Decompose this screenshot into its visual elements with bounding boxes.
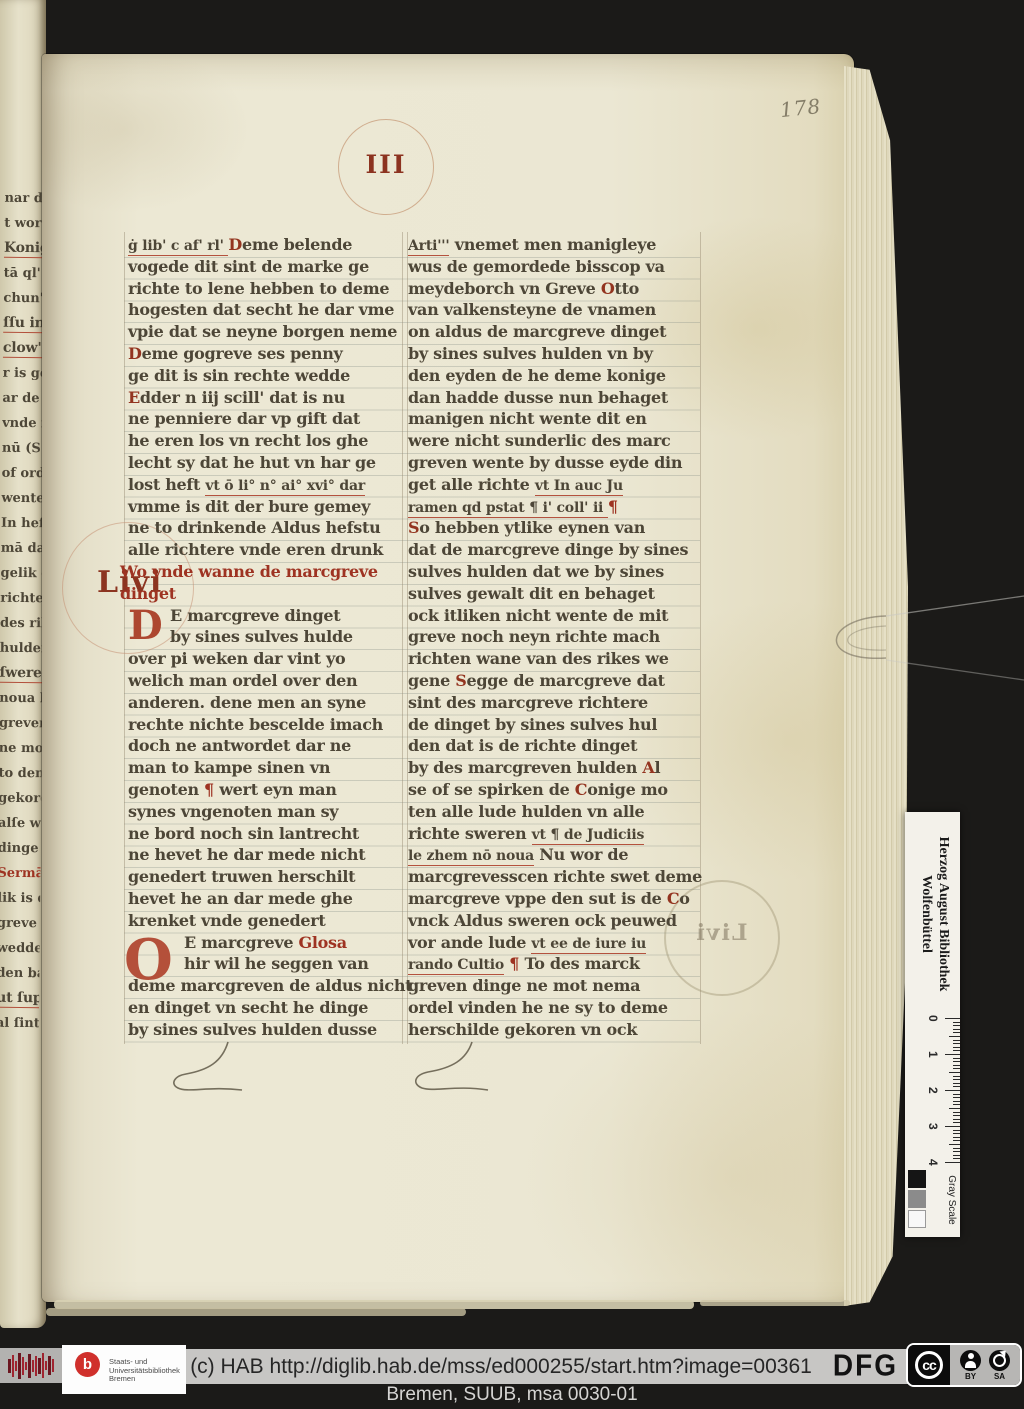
ruler-tick xyxy=(953,1047,960,1048)
manuscript-line: ar de kon xyxy=(2,386,45,411)
manuscript-line: man to kampe sinen vn xyxy=(128,757,402,779)
bremen-logo-line3: Bremen xyxy=(109,1375,180,1384)
manuscript-line: greven wente by dusse eyde din xyxy=(408,452,700,474)
cc-by-item: BY xyxy=(960,1350,981,1381)
ruler-tick xyxy=(953,1076,960,1077)
logo-bar xyxy=(38,1358,41,1374)
ruler-tick xyxy=(953,1137,960,1138)
gray-scale-swatch xyxy=(908,1210,926,1228)
ruler-tick xyxy=(945,1090,960,1091)
ruler-tick xyxy=(953,1155,960,1156)
manuscript-line: over pi weken dar vint yo xyxy=(128,648,402,670)
gray-scale-block: Gray Scale xyxy=(905,1164,960,1236)
cm-ruler: 01234 xyxy=(905,1018,960,1168)
cc-sa-label: SA xyxy=(994,1372,1005,1381)
manuscript-line: ramen qd pstat ¶ i' coll' ii ¶ xyxy=(408,496,700,518)
manuscript-line: hir wil he seggen van xyxy=(128,953,402,975)
manuscript-line: tā ql' h ſ xyxy=(4,261,47,286)
manuscript-line: meydeborch vn Greve Otto xyxy=(408,278,700,300)
book-fore-edge-pages xyxy=(844,66,908,1306)
manuscript-line: vnde ib ſ xyxy=(2,411,45,436)
manuscript-line: wente ſe ich xyxy=(1,486,44,511)
manuscript-line: vnck Aldus sweren ock peuwed xyxy=(408,910,700,932)
manuscript-line: Sermā xyxy=(0,861,41,886)
logo-bar xyxy=(8,1359,11,1373)
manuscript-line: ſſu in F' xyxy=(3,311,46,336)
cc-icon: cc xyxy=(915,1351,943,1379)
manuscript-line: dat de marcgreve dinge by sines xyxy=(408,539,700,561)
under-page-edge xyxy=(46,1308,466,1316)
gray-scale-label: Gray Scale xyxy=(946,1164,960,1236)
manuscript-line: Deme gogreve ses penny xyxy=(128,343,402,365)
manuscript-line: In heſtag xyxy=(1,511,44,536)
bremen-logo-b-icon: b xyxy=(75,1352,100,1377)
ruler-tick xyxy=(953,1065,960,1066)
manuscript-line: dan hadde dusse nun behaget xyxy=(408,387,700,409)
manuscript-line: dinge ma xyxy=(0,836,41,861)
ruler-tick xyxy=(953,1148,960,1149)
manuscript-line: anderen. dene men an syne xyxy=(128,692,402,714)
manuscript-line: were nicht sunderlic des marc xyxy=(408,430,700,452)
manuscript-line: van valkensteyne de vnamen xyxy=(408,299,700,321)
ruler-tick xyxy=(953,1058,960,1059)
quire-mark: III xyxy=(339,150,433,179)
manuscript-line: gekoren v xyxy=(0,786,41,811)
logo-bar xyxy=(18,1353,21,1379)
manuscript-line: alſe we de xyxy=(0,811,41,836)
ruler-tick xyxy=(953,1040,960,1041)
folio-number: 178 xyxy=(779,94,822,122)
ruler-tick xyxy=(945,1162,960,1163)
manuscript-line: vpie dat se neyne borgen neme xyxy=(128,321,402,343)
ruler-tick xyxy=(953,1068,960,1069)
manuscript-line: get alle richte vt In auc Ju xyxy=(408,474,700,496)
previous-page-text-fragments: nar de ſokt wortdeKoniges detā ql' h ſch… xyxy=(0,186,48,1070)
column-guide-line xyxy=(402,232,403,1044)
ruler-number: 0 xyxy=(926,1015,940,1022)
manuscript-line: ordel vinden he ne sy to deme xyxy=(408,997,700,1019)
ruler-tick xyxy=(953,1158,960,1159)
manuscript-line: gelik deme xyxy=(0,561,43,586)
ruler-tick xyxy=(953,1029,960,1030)
library-name-line2: Wolfenbüttel xyxy=(918,812,935,1016)
library-name: Herzog August Bibliothek Wolfenbüttel xyxy=(897,812,960,1016)
ruler-tick xyxy=(949,1108,960,1109)
bremen-logo-bars-icon xyxy=(0,1348,62,1383)
manuscript-line: marcgrevesscen richte swet deme xyxy=(408,866,700,888)
manuscript-line: doch ne antwordet dar ne xyxy=(128,735,402,757)
logo-bar xyxy=(42,1353,44,1378)
logo-bar xyxy=(25,1362,27,1370)
manuscript-line: richte sweren vt ¶ de Judiciis xyxy=(408,823,700,845)
ruler-tick xyxy=(953,1151,960,1152)
dfg-logo: DFG xyxy=(833,1349,898,1384)
text-column-left: ġ lib' c af' rl' Deme belendevogede dit … xyxy=(128,234,402,1040)
ruler-tick xyxy=(953,1130,960,1131)
bremen-logo-text: Staats- und Universitätsbibliothek Breme… xyxy=(109,1358,180,1384)
previous-page-edge: nar de ſokt wortdeKoniges detā ql' h ſch… xyxy=(0,0,46,1328)
digitized-manuscript-photo: nar de ſokt wortdeKoniges detā ql' h ſch… xyxy=(0,0,1024,1409)
library-name-line1: Herzog August Bibliothek xyxy=(935,812,952,1016)
manuscript-line: alle richtere vnde eren drunk xyxy=(128,539,402,561)
manuscript-line: r is geſten xyxy=(3,361,46,386)
logo-bar xyxy=(12,1355,14,1377)
ruler-tick xyxy=(953,1032,960,1033)
manuscript-line: vogede dit sint de marke ge xyxy=(128,256,402,278)
ruler-tick xyxy=(949,1072,960,1073)
manuscript-line: sulves gewalt dit en behaget xyxy=(408,583,700,605)
manuscript-line: richte to lene hebben to deme xyxy=(128,278,402,300)
gray-scale-swatch xyxy=(908,1170,926,1188)
manuscript-line: sint des marcgreve richtere xyxy=(408,692,700,714)
manuscript-line: deme marcgreven de aldus nicht xyxy=(128,975,402,997)
manuscript-line: den dat is de richte dinget xyxy=(408,735,700,757)
manuscript-line: ne to drinkende Aldus hefstu xyxy=(128,517,402,539)
manuscript-line: sulves hulden dat we by sines xyxy=(408,561,700,583)
manuscript-line: den eyden de he deme konige xyxy=(408,365,700,387)
ruler-tick xyxy=(953,1043,960,1044)
ruler-tick xyxy=(953,1050,960,1051)
ruler-tick xyxy=(953,1104,960,1105)
manuscript-line: welich man ordel over den xyxy=(128,670,402,692)
ruler-tick xyxy=(953,1094,960,1095)
manuscript-line: by sines sulves hulden vn by xyxy=(408,343,700,365)
manuscript-line: rando Cultio ¶ To des marck xyxy=(408,953,700,975)
logo-bar xyxy=(48,1356,51,1375)
manuscript-line: DE marcgreve dinget xyxy=(128,605,402,627)
manuscript-line: of ordele m xyxy=(1,461,44,486)
ruler-tick xyxy=(953,1112,960,1113)
logo-bar xyxy=(22,1357,24,1375)
ruler-tick xyxy=(953,1025,960,1026)
manuscript-line: Arti''' vnemet men manigleye xyxy=(408,234,700,256)
logo-bar xyxy=(52,1359,54,1372)
manuscript-line: So hebben ytlike eynen van xyxy=(408,517,700,539)
gray-scale-swatches xyxy=(908,1170,926,1228)
ruler-tick xyxy=(953,1061,960,1062)
manuscript-line: by sines sulves hulden dusse xyxy=(128,1019,402,1041)
manuscript-line: lost heft vt ō li° n° ai° xvi° dar xyxy=(128,474,402,496)
manuscript-line: vmme is dit der bure gemey xyxy=(128,496,402,518)
ruler-number: 1 xyxy=(926,1051,940,1058)
manuscript-line: Edder n iij scill' dat is nu xyxy=(128,387,402,409)
manuscript-line: hulden de xyxy=(0,636,43,661)
cc-by-label: BY xyxy=(965,1372,976,1381)
manuscript-line: ock itliken nicht wente de mit xyxy=(408,605,700,627)
ruler-tick xyxy=(949,1036,960,1037)
manuscript-line: ġ lib' c af' rl' Deme belende xyxy=(128,234,402,256)
manuscript-line: noua le ze xyxy=(0,686,42,711)
manuscript-line: manigen nicht wente dit en xyxy=(408,408,700,430)
cc-license-icons: BY SA xyxy=(950,1345,1020,1385)
ruler-tick xyxy=(949,1144,960,1145)
manuscript-line: ne penniere dar vp gift dat xyxy=(128,408,402,430)
color-ruler-strip: Herzog August Bibliothek Wolfenbüttel 01… xyxy=(905,812,960,1237)
ruler-tick xyxy=(953,1115,960,1116)
cc-sa-arrow-icon xyxy=(989,1350,1010,1371)
ruler-tick xyxy=(945,1126,960,1127)
logo-bar xyxy=(28,1354,31,1378)
manuscript-line: ut ſupra xyxy=(0,986,39,1011)
manuscript-line: nū (S S'il xyxy=(2,436,45,461)
manuscript-line: dinget xyxy=(120,583,402,605)
manuscript-line: Koniges de xyxy=(4,236,47,261)
creative-commons-badge: cc BY SA xyxy=(906,1343,1022,1387)
cc-sa-item: SA xyxy=(989,1350,1010,1381)
ruler-tick xyxy=(953,1086,960,1087)
manuscript-line: wedde vn xyxy=(0,936,40,961)
manuscript-line: greven di xyxy=(0,711,42,736)
manuscript-line: to deme h xyxy=(0,761,42,786)
manuscript-line: ne mot ne xyxy=(0,736,42,761)
manuscript-line: lecht sy dat he hut vn har ge xyxy=(128,452,402,474)
manuscript-line: clow' ſo xyxy=(3,336,46,361)
manuscript-line: ne hevet he dar mede nicht xyxy=(128,844,402,866)
manuscript-line: t wortde xyxy=(4,211,47,236)
manuscript-line: le zhem nō noua Nu wor de xyxy=(408,844,700,866)
manuscript-line: ſweren vt xyxy=(0,661,43,686)
manuscript-line: wus de gemordede bisscop va xyxy=(408,256,700,278)
manuscript-line: rechte nichte bescelde imach xyxy=(128,714,402,736)
ruler-tick xyxy=(945,1018,960,1019)
copyright-url-text: (c) HAB http://diglib.hab.de/mss/ed00025… xyxy=(190,1355,812,1379)
manuscript-line: genoten ¶ wert eyn man xyxy=(128,779,402,801)
under-page-edge xyxy=(700,1300,850,1306)
ruler-number: 3 xyxy=(926,1123,940,1130)
manuscript-line: den ban xyxy=(0,961,40,986)
manuscript-line: marcgreve vppe den sut is de Co xyxy=(408,888,700,910)
manuscript-line: des rikes xyxy=(0,611,43,636)
ruler-tick xyxy=(953,1101,960,1102)
shelfmark-caption: Bremen, SUUB, msa 0030-01 xyxy=(0,1384,1024,1406)
logo-bar xyxy=(45,1361,47,1370)
cc-logo-section: cc xyxy=(908,1345,950,1385)
ruler-tick xyxy=(953,1097,960,1098)
manuscript-line: lik is dat xyxy=(0,886,40,911)
manuscript-line: gene Segge de marcgreve dat xyxy=(408,670,700,692)
manuscript-line: vor ande lude vt ee de iure iu xyxy=(408,932,700,954)
manuscript-line: synes vngenoten man sy xyxy=(128,801,402,823)
ruler-tick xyxy=(953,1140,960,1141)
manuscript-line: herschilde gekoren vn ock xyxy=(408,1019,700,1041)
ruler-tick xyxy=(953,1133,960,1134)
manuscript-line: greve noch neyn richte mach xyxy=(408,626,700,648)
ruler-tick xyxy=(953,1119,960,1120)
manuscript-line: en dinget vn secht he dinge xyxy=(128,997,402,1019)
manuscript-line: chun' libr xyxy=(3,286,46,311)
manuscript-line: ne bord noch sin lantrecht xyxy=(128,823,402,845)
cc-by-person-icon xyxy=(960,1350,981,1371)
text-column-right: Arti''' vnemet men manigleyewus de gemor… xyxy=(408,234,700,1040)
ruler-tick xyxy=(953,1079,960,1080)
manuscript-line: richte vn xyxy=(0,586,43,611)
manuscript-line: he eren los vn recht los ghe xyxy=(128,430,402,452)
manuscript-line: ten alle lude hulden vn alle xyxy=(408,801,700,823)
ruler-tick xyxy=(953,1022,960,1023)
ruler-tick xyxy=(945,1054,960,1055)
ruler-tick xyxy=(953,1083,960,1084)
manuscript-line: Wo vnde wanne de marcgreve xyxy=(120,561,402,583)
manuscript-line: al ſint de xyxy=(0,1011,39,1036)
manuscript-line: richten wane van des rikes we xyxy=(408,648,700,670)
ruler-number: 2 xyxy=(926,1087,940,1094)
ruler-tick xyxy=(953,1122,960,1123)
manuscript-line: genedert truwen herschilt xyxy=(128,866,402,888)
logo-bar xyxy=(32,1360,34,1372)
manuscript-line: on aldus de marcgreve dinget xyxy=(408,321,700,343)
quire-mark-circle: III xyxy=(338,119,434,215)
manuscript-line: hevet he an dar mede ghe xyxy=(128,888,402,910)
manuscript-line: OE marcgreve Glosa xyxy=(128,932,402,954)
manuscript-line: by des marcgreven hulden Al xyxy=(408,757,700,779)
manuscript-line: ge dit is sin rechte wedde xyxy=(128,365,402,387)
manuscript-line: mā dat he xyxy=(1,536,44,561)
copyright-bar: (c) HAB http://diglib.hab.de/mss/ed00025… xyxy=(186,1349,908,1384)
gray-scale-swatch xyxy=(908,1190,926,1208)
manuscript-line: hogesten dat secht he dar vme xyxy=(128,299,402,321)
manuscript-line: greven dinge ne mot nema xyxy=(408,975,700,997)
manuscript-line: greve no xyxy=(0,911,40,936)
manuscript-line: by sines sulves hulde xyxy=(128,626,402,648)
manuscript-line: de dinget by sines sulves hul xyxy=(408,714,700,736)
logo-bar xyxy=(35,1356,37,1376)
logo-bar xyxy=(15,1361,17,1371)
manuscript-line: se of se spirken de Conige mo xyxy=(408,779,700,801)
